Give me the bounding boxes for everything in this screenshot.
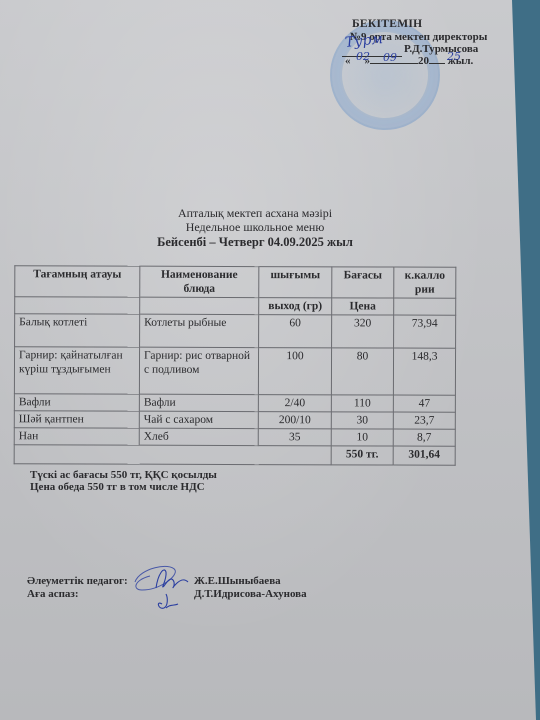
dish-yield: 60 — [259, 315, 332, 348]
dish-name-kz: Гарнир: қайнатылған күріш тұздығымен — [14, 347, 139, 394]
dish-price: 110 — [331, 395, 393, 412]
col-header-yield: шығымы — [259, 267, 332, 298]
table-header-row: Тағамның атауы Наименование блюда шығымы… — [15, 266, 456, 299]
subheader-empty — [140, 297, 259, 314]
table-row: Балық котлеті Котлеты рыбные 60 320 73,9… — [15, 314, 456, 349]
dish-kcal: 8,7 — [393, 429, 455, 446]
director-name: Р.Д.Турмысова — [404, 43, 478, 55]
handwritten-signatures — [130, 560, 200, 620]
dish-name-ru: Чай с сахаром — [139, 411, 258, 428]
dish-price: 10 — [331, 429, 393, 446]
dish-name-ru: Гарнир: рис отварной с подливом — [139, 347, 258, 394]
dish-kcal: 47 — [393, 395, 455, 412]
total-kcal: 301,64 — [393, 446, 455, 465]
table-total-row: 550 тг. 301,64 — [14, 445, 455, 466]
subheader-empty — [15, 297, 140, 314]
table-row: Вафли Вафли 2/40 110 47 — [14, 394, 455, 413]
dish-name-kz: Балық котлеті — [15, 314, 140, 347]
date-year-handwritten: 25 — [447, 50, 461, 63]
table-row: Гарнир: қайнатылған күріш тұздығымен Гар… — [14, 347, 455, 396]
price-note-ru: Цена обеда 550 тг в том числе НДС — [30, 481, 205, 493]
dish-yield: 35 — [258, 429, 331, 446]
total-label-empty — [14, 445, 331, 465]
date-month-handwritten: 09 — [383, 51, 397, 64]
subheader-yield: выход (гр) — [259, 298, 332, 315]
dish-kcal: 148,3 — [393, 348, 455, 395]
dish-name-ru: Котлеты рыбные — [140, 314, 259, 347]
dish-name-ru: Вафли — [139, 394, 258, 411]
dish-price: 30 — [331, 412, 393, 429]
dish-kcal: 73,94 — [394, 315, 456, 348]
col-header-kcal: к.калло рии — [394, 267, 456, 298]
dish-price: 320 — [332, 315, 394, 348]
signatory-role: Әлеуметтік педагог: — [27, 575, 128, 587]
approval-block: БЕКІТЕМІН №9 орта мектеп директоры Р.Д.Т… — [0, 0, 540, 120]
subheader-price: Цена — [332, 298, 394, 315]
dish-price: 80 — [331, 348, 393, 395]
col-header-name-kz: Тағамның атауы — [15, 266, 140, 297]
menu-day-line: Бейсенбі – Четверг 04.09.2025 жыл — [0, 235, 510, 250]
approval-title: БЕКІТЕМІН — [352, 18, 422, 30]
col-header-name-ru: Наименование блюда — [140, 266, 259, 297]
dish-name-kz: Вафли — [14, 394, 139, 411]
price-note-kz: Түскі ас бағасы 550 тг, ҚҚС қосылды — [30, 469, 217, 481]
dish-name-ru: Хлеб — [139, 428, 258, 445]
table-row: Шәй қантпен Чай с сахаром 200/10 30 23,7 — [14, 411, 455, 430]
dish-yield: 100 — [258, 348, 331, 395]
total-price: 550 тг. — [331, 446, 393, 465]
col-header-price: Бағасы — [332, 267, 394, 298]
date-day-handwritten: 02 — [356, 50, 370, 63]
dish-yield: 200/10 — [258, 412, 331, 429]
signatory-name: Д.Т.Идрисова-Ахунова — [194, 588, 307, 600]
subheader-empty — [394, 298, 456, 315]
menu-title-ru: Недельное школьное меню — [0, 220, 510, 235]
table-row: Нан Хлеб 35 10 8,7 — [14, 428, 455, 447]
table-subheader-row: выход (гр) Цена — [15, 297, 456, 316]
dish-name-kz: Шәй қантпен — [14, 411, 139, 428]
dish-name-kz: Нан — [14, 428, 139, 445]
signatory-name: Ж.Е.Шыныбаева — [194, 575, 281, 587]
menu-table: Тағамның атауы Наименование блюда шығымы… — [14, 265, 457, 466]
dish-kcal: 23,7 — [393, 412, 455, 429]
signatory-role: Аға аспаз: — [27, 588, 79, 600]
dish-yield: 2/40 — [258, 395, 331, 412]
menu-title-kz: Апталық мектеп асхана мәзірі — [0, 206, 510, 221]
